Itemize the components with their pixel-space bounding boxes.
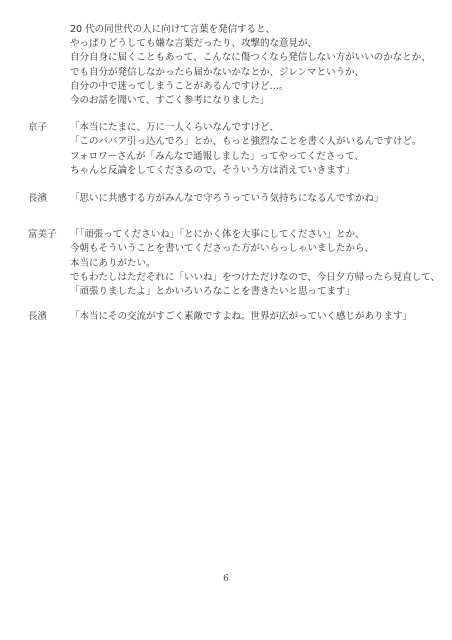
dialogue-line: 「本当にたまに、万に一人くらいなんですけど、 <box>70 121 448 135</box>
dialogue-line: ちゃんと反論をしてくださるので、そういう方は消えていきます」 <box>70 164 448 178</box>
dialogue-line: 「本当にその交流がすごく素敵ですよね。世界が広がっていく感じがあります」 <box>70 310 448 324</box>
document-page: 20 代の同世代の人に向けて言葉を発信すると、やっぱりどうしても嫌な言葉だったり… <box>0 0 452 640</box>
speaker-name: 長濱 <box>28 192 70 206</box>
speaker-name: 長濱 <box>28 310 70 324</box>
dialogue-lines: 「思いに共感する方がみんなで守ろうっていう気持ちになるんですかね」 <box>70 192 448 206</box>
page-number: 6 <box>0 574 452 584</box>
dialogue-line: 今のお話を聞いて、すごく参考になりました」 <box>70 94 448 108</box>
interview-transcript: 20 代の同世代の人に向けて言葉を発信すると、やっぱりどうしても嫌な言葉だったり… <box>28 23 448 337</box>
dialogue-block: 20 代の同世代の人に向けて言葉を発信すると、やっぱりどうしても嫌な言葉だったり… <box>28 23 448 108</box>
dialogue-line: 「このババア引っ込んでろ」とか、もっと強烈なことを書く人がいるんですけど。 <box>70 135 448 149</box>
dialogue-line: 今朝もそういうことを書いてくださった方がいらっしゃいましたから、 <box>70 242 448 256</box>
dialogue-lines: 「本当にたまに、万に一人くらいなんですけど、「このババア引っ込んでろ」とか、もっ… <box>70 121 448 178</box>
dialogue-line: でもわたしはただそれに「いいね」をつけただけなので、今日夕方帰ったら見直して、 <box>70 271 448 285</box>
dialogue-block: 長濱「本当にその交流がすごく素敵ですよね。世界が広がっていく感じがあります」 <box>28 310 448 324</box>
dialogue-line: 本当にありがたい。 <box>70 257 448 271</box>
dialogue-line: 自分の中で迷ってしまうことがあるんですけど…。 <box>70 80 448 94</box>
dialogue-line: 「「頑張ってくださいね」「とにかく体を大事にしてください」とか、 <box>70 228 448 242</box>
dialogue-line: 自分自身に届くこともあって、こんなに傷つくなら発信しない方がいいのかなとか、 <box>70 51 448 65</box>
speaker-name: 富美子 <box>28 228 70 242</box>
dialogue-line: フォロワーさんが「みんなで通報しました」ってやってくださって、 <box>70 150 448 164</box>
dialogue-lines: 「本当にその交流がすごく素敵ですよね。世界が広がっていく感じがあります」 <box>70 310 448 324</box>
speaker-name: 京子 <box>28 121 70 135</box>
dialogue-block: 富美子「「頑張ってくださいね」「とにかく体を大事にしてください」とか、今朝もそう… <box>28 228 448 299</box>
dialogue-line: 20 代の同世代の人に向けて言葉を発信すると、 <box>70 23 448 37</box>
dialogue-line: 「思いに共感する方がみんなで守ろうっていう気持ちになるんですかね」 <box>70 192 448 206</box>
dialogue-line: でも自分が発信しなかったら届かないかなとか、ジレンマというか、 <box>70 66 448 80</box>
dialogue-lines: 「「頑張ってくださいね」「とにかく体を大事にしてください」とか、今朝もそういうこ… <box>70 228 448 299</box>
dialogue-lines: 20 代の同世代の人に向けて言葉を発信すると、やっぱりどうしても嫌な言葉だったり… <box>70 23 448 108</box>
dialogue-block: 京子「本当にたまに、万に一人くらいなんですけど、「このババア引っ込んでろ」とか、… <box>28 121 448 178</box>
dialogue-line: 「頑張りましたよ」とかいろいろなことを書きたいと思ってます」 <box>70 285 448 299</box>
dialogue-line: やっぱりどうしても嫌な言葉だったり、攻撃的な意見が、 <box>70 37 448 51</box>
dialogue-block: 長濱「思いに共感する方がみんなで守ろうっていう気持ちになるんですかね」 <box>28 192 448 206</box>
